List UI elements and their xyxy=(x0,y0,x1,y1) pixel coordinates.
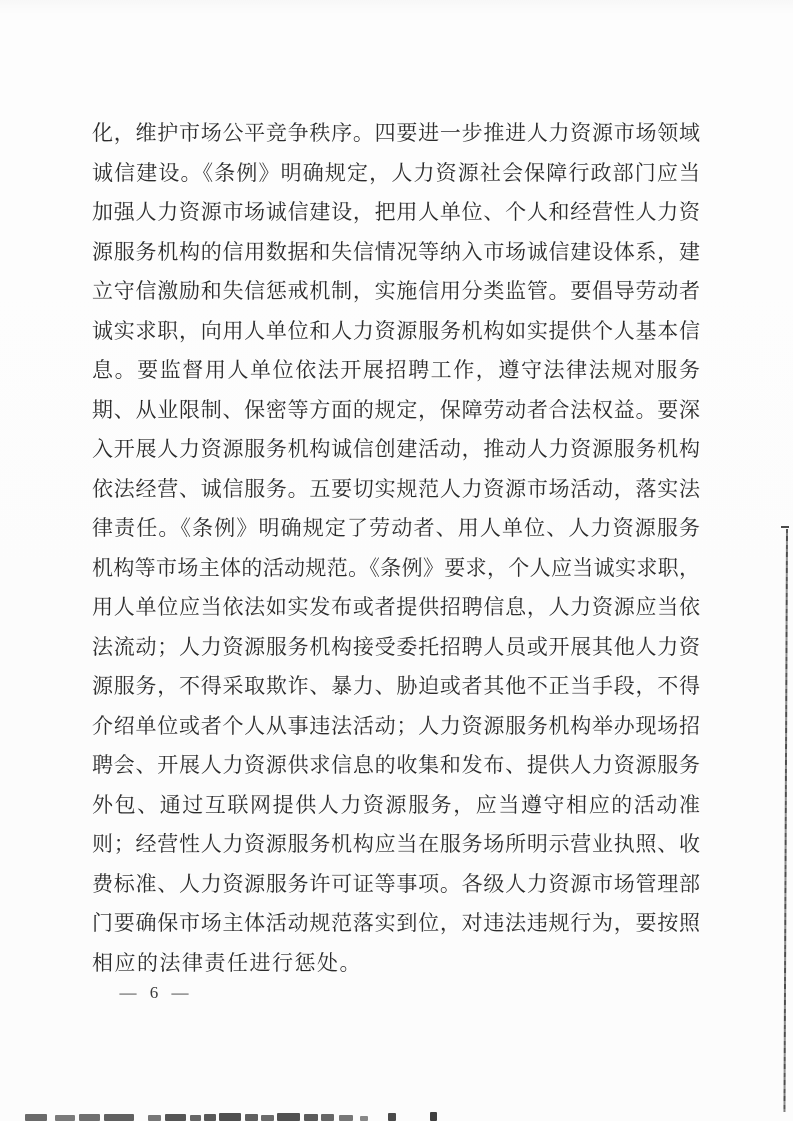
document-text-line: 法流动；人力资源服务机构接受委托招聘人员或开展其他人力资 xyxy=(92,628,700,668)
document-text-line: 立守信激励和失信惩戒机制，实施信用分类监管。要倡导劳动者 xyxy=(92,272,700,312)
scan-artifact-mark xyxy=(25,1114,47,1121)
scan-artifact-mark xyxy=(321,1114,334,1121)
document-text-line: 依法经营、诚信服务。五要切实规范人力资源市场活动，落实法 xyxy=(92,470,700,510)
scan-artifact-mark xyxy=(165,1114,186,1121)
document-text-line: 入开展人力资源服务机构诚信创建活动，推动人力资源服务机构 xyxy=(92,430,700,470)
document-text-line: 诚信建设。《条例》明确规定，人力资源社会保障行政部门应当 xyxy=(92,154,700,194)
scan-artifact-mark xyxy=(277,1113,300,1121)
scan-artifact-tick xyxy=(781,526,789,528)
document-text-line: 源服务机构的信用数据和失信情况等纳入市场诚信建设体系，建 xyxy=(92,233,700,273)
scan-artifact-mark xyxy=(104,1114,134,1121)
document-text-line: 则；经营性人力资源服务机构应当在服务场所明示营业执照、收 xyxy=(92,825,700,865)
scan-artifact-mark xyxy=(55,1115,75,1121)
document-text-line: 费标准、人力资源服务许可证等事项。各级人力资源市场管理部 xyxy=(92,865,700,905)
document-body: 化，维护市场公平竞争秩序。四要进一步推进人力资源市场领域 诚信建设。《条例》明确… xyxy=(92,114,700,983)
document-text-line: 息。要监督用人单位依法开展招聘工作，遵守法律法规对服务 xyxy=(92,351,700,391)
document-text-line: 律责任。《条例》明确规定了劳动者、用人单位、人力资源服务 xyxy=(92,509,700,549)
document-text-line: 期、从业限制、保密等方面的规定，保障劳动者合法权益。要深 xyxy=(92,391,700,431)
scan-artifact-mark xyxy=(339,1115,353,1121)
document-text-line: 聘会、开展人力资源供求信息的收集和发布、提供人力资源服务 xyxy=(92,746,700,786)
document-text-line: 用人单位应当依法如实发布或者提供招聘信息，人力资源应当依 xyxy=(92,588,700,628)
scan-artifact-mark xyxy=(190,1115,201,1121)
scan-artifact-mark xyxy=(204,1114,216,1121)
scan-artifact-mark xyxy=(245,1114,258,1121)
scan-artifact-mark xyxy=(79,1114,100,1121)
document-text-line: 诚实求职，向用人单位和人力资源服务机构如实提供个人基本信 xyxy=(92,312,700,352)
document-text-line: 化，维护市场公平竞争秩序。四要进一步推进人力资源市场领域 xyxy=(92,114,700,154)
scan-artifact-mark xyxy=(148,1115,161,1121)
scan-artifact-mark xyxy=(261,1115,274,1121)
document-text-line: 相应的法律责任进行惩处。 xyxy=(92,944,700,984)
scan-artifact-mark xyxy=(430,1112,437,1121)
document-text-line: 门要确保市场主体活动规范落实到位，对违法违规行为，要按照 xyxy=(92,904,700,944)
document-text-line: 介绍单位或者个人从事违法活动；人力资源服务机构举办现场招 xyxy=(92,707,700,747)
page-number: — 6 — xyxy=(104,983,204,1003)
scan-artifact-mark xyxy=(388,1113,396,1121)
scan-artifact-mark xyxy=(360,1116,368,1121)
document-text-line: 加强人力资源市场诚信建设，把用人单位、个人和经营性人力资 xyxy=(92,193,700,233)
document-text-line: 机构等市场主体的活动规范。《条例》要求，个人应当诚实求职， xyxy=(92,549,700,589)
scanned-document-page: 化，维护市场公平竞争秩序。四要进一步推进人力资源市场领域 诚信建设。《条例》明确… xyxy=(0,0,793,1121)
document-text-line: 外包、通过互联网提供人力资源服务，应当遵守相应的活动准 xyxy=(92,786,700,826)
scan-artifact-mark xyxy=(304,1114,318,1121)
scan-artifact-vertical-line xyxy=(783,529,788,1112)
document-text-line: 源服务，不得采取欺诈、暴力、胁迫或者其他不正当手段，不得 xyxy=(92,667,700,707)
scan-artifact-mark xyxy=(219,1113,241,1121)
